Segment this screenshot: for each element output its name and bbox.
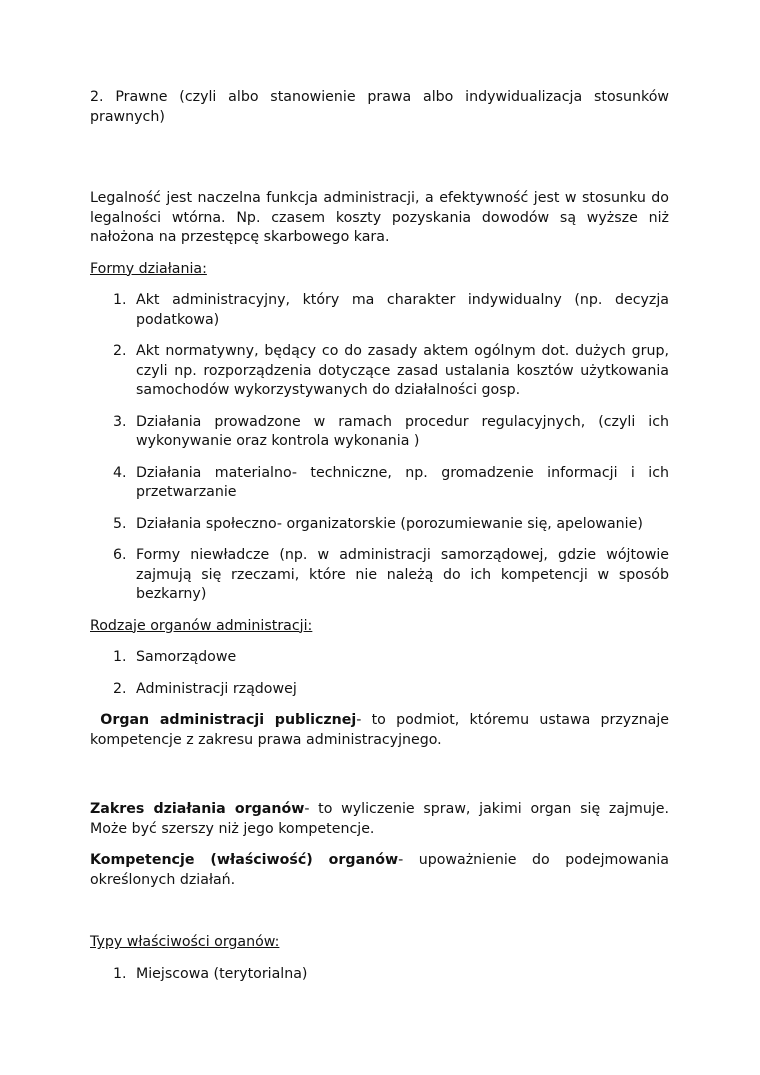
list-item: 3.Działania prowadzone w ramach procedur… [90, 413, 669, 452]
organ-types-list: 1.Samorządowe 2.Administracji rządowej [90, 648, 669, 699]
scope-definition: Zakres działania organów- to wyliczenie … [90, 800, 669, 839]
forms-heading: Formy działania: [90, 260, 669, 280]
organ-definition-term: Organ administracji publicznej [100, 712, 356, 728]
list-item: 6.Formy niewładcze (np. w administracji … [90, 546, 669, 605]
list-item: 2.Administracji rządowej [90, 680, 669, 700]
forms-list: 1.Akt administracyjny, który ma charakte… [90, 291, 669, 605]
organ-types-heading: Rodzaje organów administracji: [90, 617, 669, 637]
competence-types-list: 1.Miejscowa (terytorialna) [90, 965, 669, 985]
competence-types-heading: Typy właściwości organów: [90, 933, 669, 953]
competence-definition-term: Kompetencje (właściwość) organów [90, 852, 398, 868]
scope-definition-term: Zakres działania organów [90, 801, 304, 817]
list-item: 2.Akt normatywny, będący co do zasady ak… [90, 342, 669, 401]
list-item: 5.Działania społeczno- organizatorskie (… [90, 515, 669, 535]
competence-definition: Kompetencje (właściwość) organów- upoważ… [90, 851, 669, 890]
document-page: 2. Prawne (czyli albo stanowienie prawa … [90, 88, 669, 984]
legality-paragraph: Legalność jest naczelna funkcja administ… [90, 189, 669, 248]
intro-item: 2. Prawne (czyli albo stanowienie prawa … [90, 88, 669, 127]
list-item: 1.Samorządowe [90, 648, 669, 668]
list-item: 4.Działania materialno- techniczne, np. … [90, 464, 669, 503]
list-item: 1.Akt administracyjny, który ma charakte… [90, 291, 669, 330]
list-item: 1.Miejscowa (terytorialna) [90, 965, 669, 985]
organ-definition: Organ administracji publicznej- to podmi… [90, 711, 669, 750]
